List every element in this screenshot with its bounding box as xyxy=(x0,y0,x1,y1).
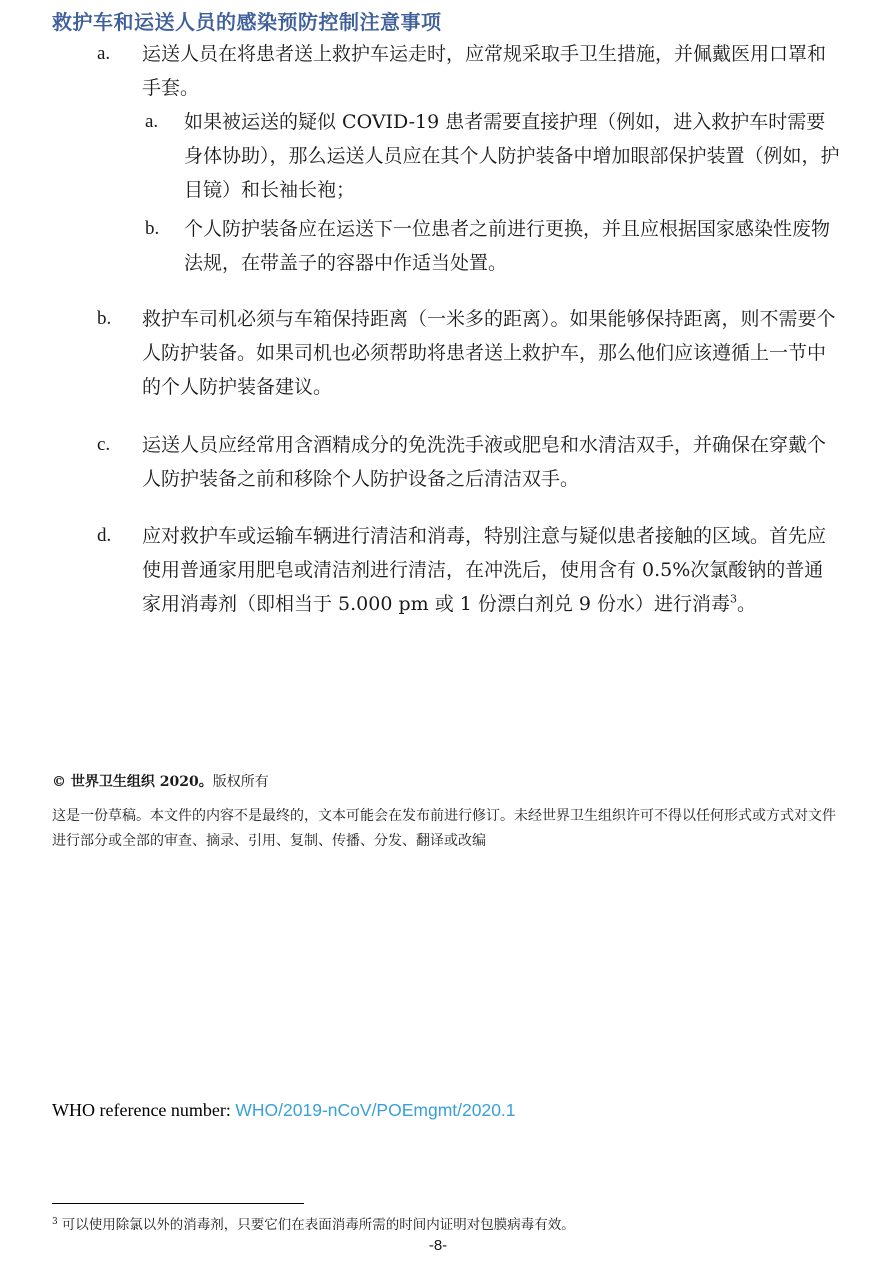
copyright-line: © 世界卫生组织 2020。版权所有 xyxy=(52,771,269,791)
footnote-reference[interactable]: 3 xyxy=(730,593,737,606)
list-marker: d. xyxy=(97,519,111,553)
footnote-mark: 3 xyxy=(52,1217,58,1227)
list-marker: c. xyxy=(97,428,110,462)
copyright-bold: © 世界卫生组织 2020。 xyxy=(52,774,213,790)
list-item-text: 个人防护装备应在运送下一位患者之前进行更换，并且应根据国家感染性废物法规，在带盖… xyxy=(184,212,842,280)
who-reference: WHO reference number: WHO/2019-nCoV/POEm… xyxy=(52,1100,516,1121)
section-title: 救护车和运送人员的感染预防控制注意事项 xyxy=(52,6,442,35)
page-number: -8- xyxy=(0,1237,876,1254)
reference-link[interactable]: WHO/2019-nCoV/POEmgmt/2020.1 xyxy=(235,1100,515,1120)
list-item-text: 应对救护车或运输车辆进行清洁和消毒，特别注意与疑似患者接触的区域。首先应使用普通… xyxy=(142,519,842,621)
list-item-text: 运送人员在将患者送上救护车运走时，应常规采取手卫生措施，并佩戴医用口罩和手套。 xyxy=(142,37,842,105)
list-marker: a. xyxy=(145,105,158,139)
footnote-text: 可以使用除氯以外的消毒剂，只要它们在表面消毒所需的时间内证明对包膜病毒有效。 xyxy=(62,1217,575,1233)
list-marker: a. xyxy=(97,37,110,71)
list-item-text: 运送人员应经常用含酒精成分的免洗洗手液或肥皂和水清洁双手，并确保在穿戴个人防护装… xyxy=(142,428,842,496)
list-item-text: 如果被运送的疑似 COVID-19 患者需要直接护理（例如，进入救护车时需要身体… xyxy=(184,105,842,207)
footnote-divider xyxy=(52,1203,304,1204)
list-item-body: 应对救护车或运输车辆进行清洁和消毒，特别注意与疑似患者接触的区域。首先应使用普通… xyxy=(142,525,826,615)
reference-label: WHO reference number: xyxy=(52,1100,235,1120)
copyright-rights: 版权所有 xyxy=(213,774,269,790)
list-item-text: 救护车司机必须与车箱保持距离（一米多的距离）。如果能够保持距离，则不需要个人防护… xyxy=(142,302,842,404)
draft-disclaimer: 这是一份草稿。本文件的内容不是最终的，文本可能会在发布前进行修订。未经世界卫生组… xyxy=(52,804,842,854)
list-marker: b. xyxy=(97,302,111,336)
list-marker: b. xyxy=(145,212,159,246)
list-item-end: 。 xyxy=(737,593,756,615)
footnote: 3可以使用除氯以外的消毒剂，只要它们在表面消毒所需的时间内证明对包膜病毒有效。 xyxy=(52,1213,575,1233)
